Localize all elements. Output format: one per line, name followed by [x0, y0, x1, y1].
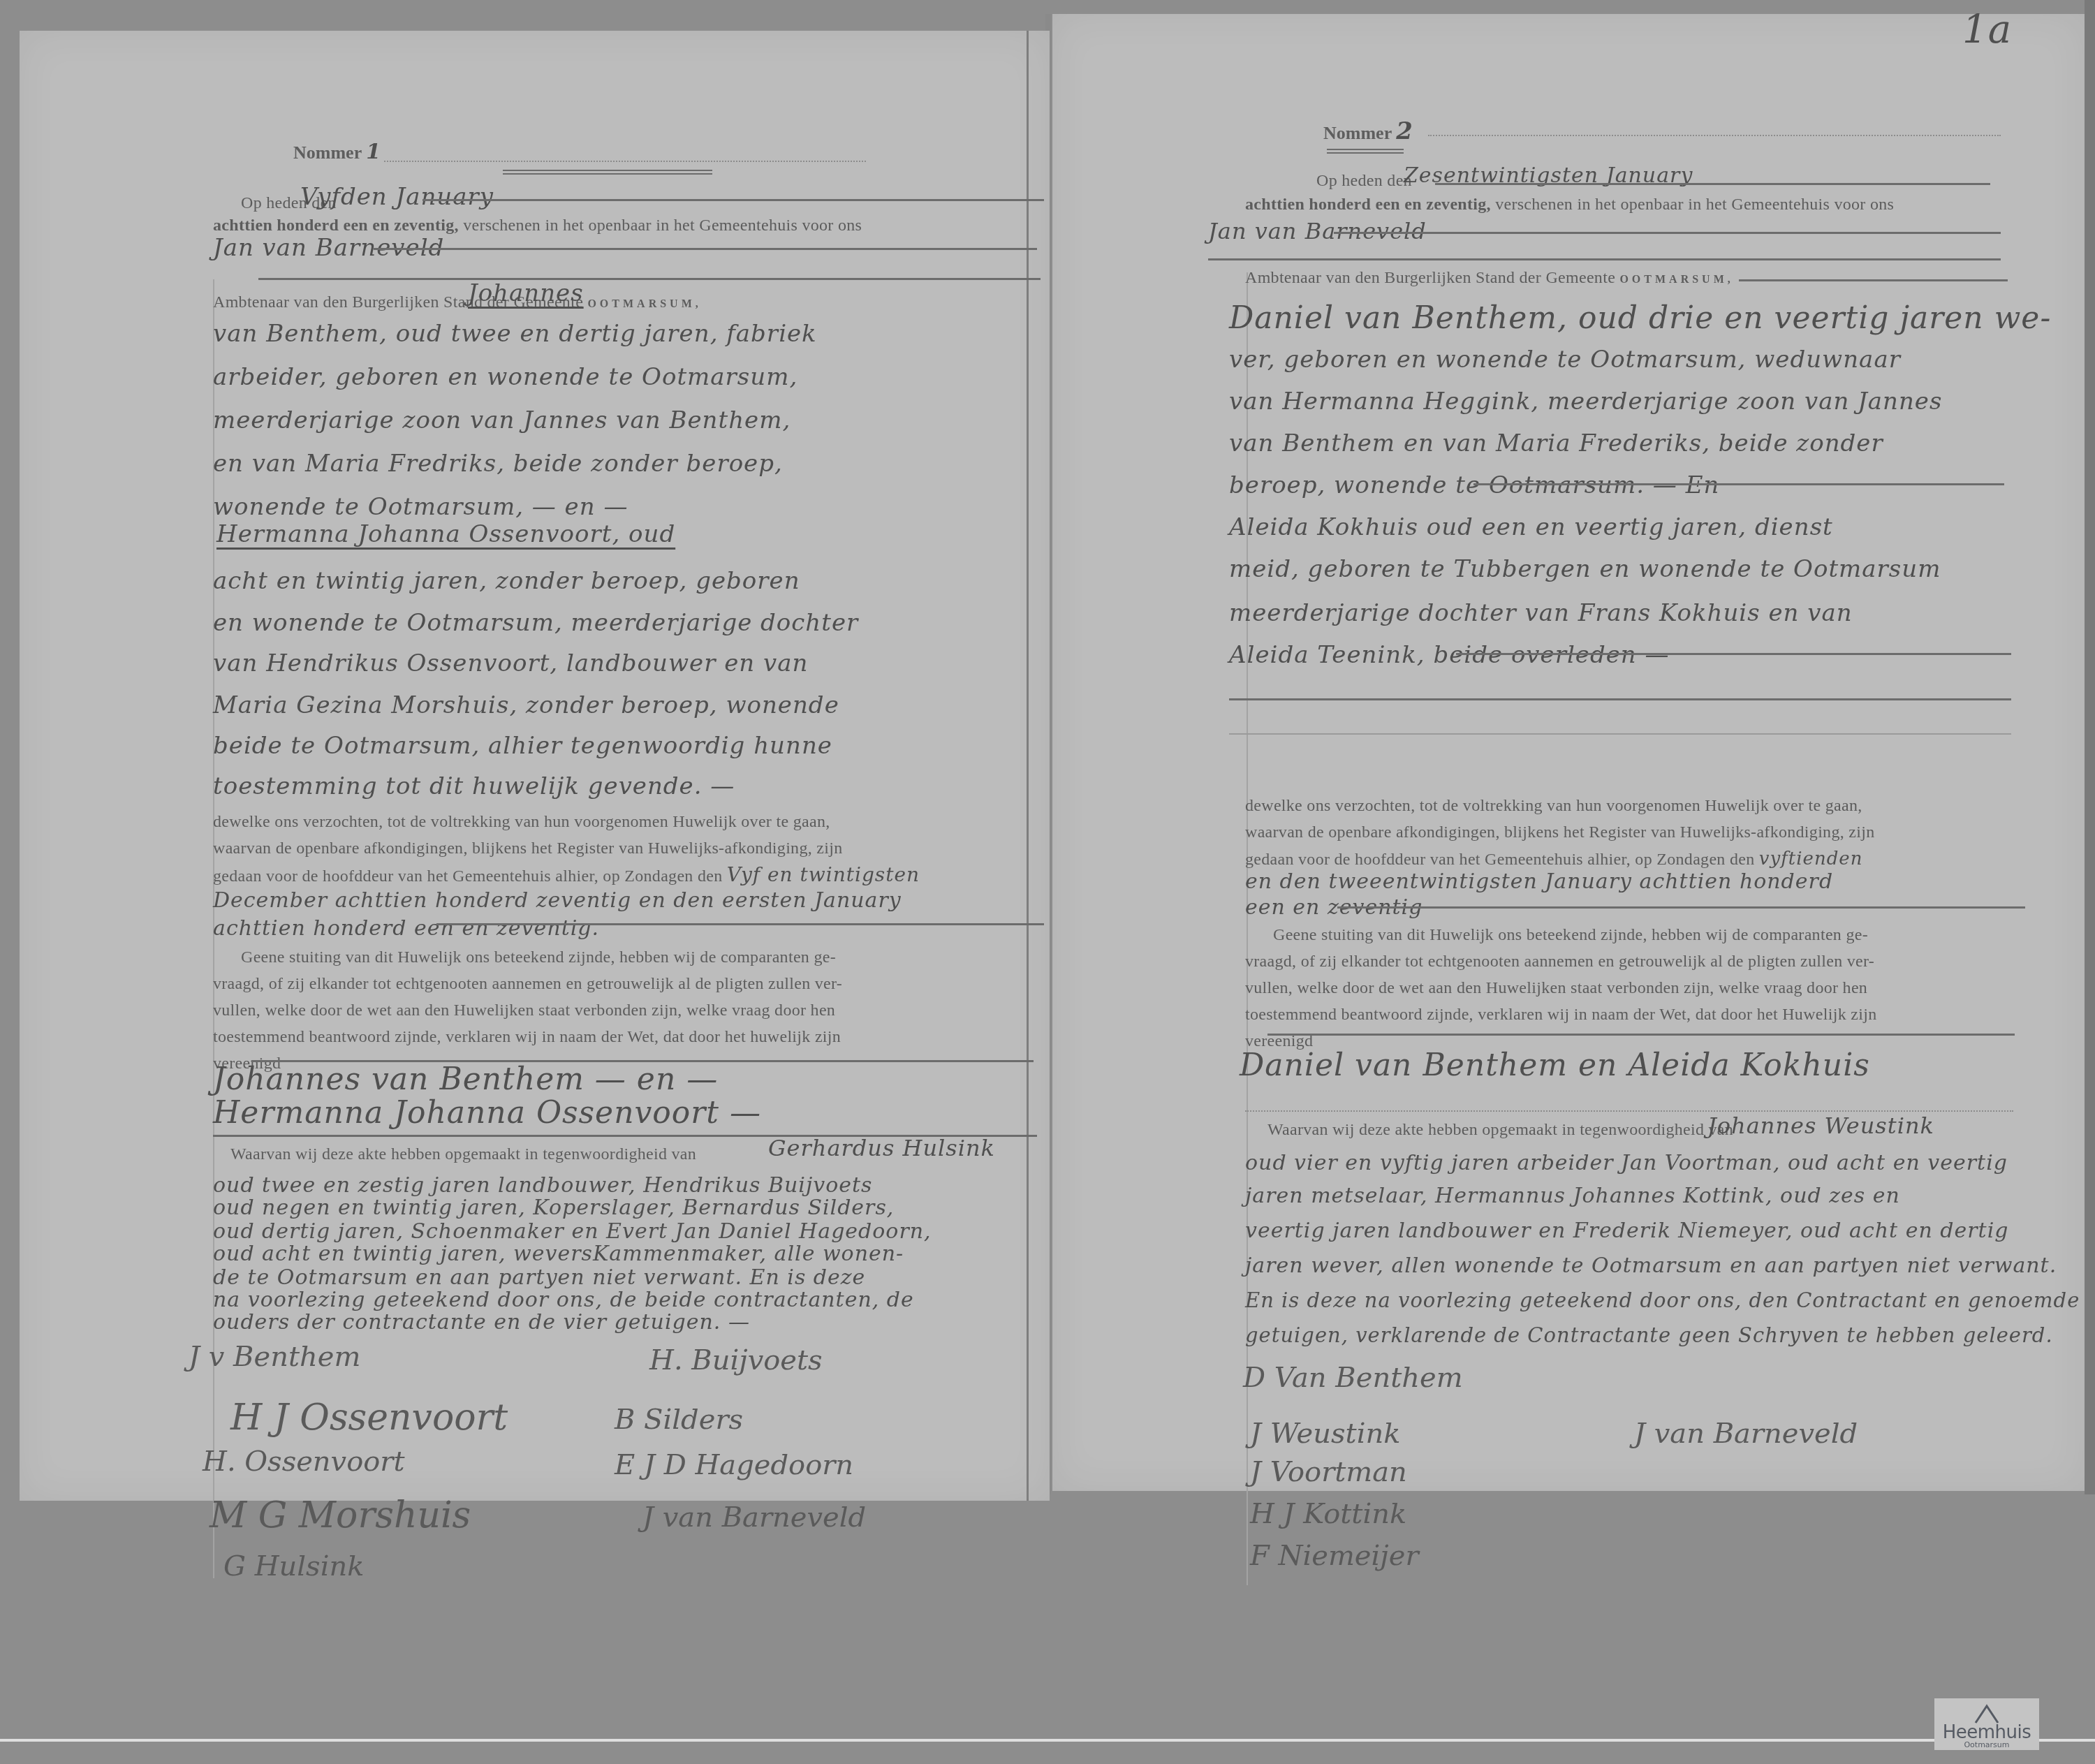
left-page-margin-rule: [1027, 31, 1029, 1501]
witness-line-4: oud acht en twintig jaren, weversKammenm…: [213, 1242, 904, 1266]
witness2-line-6: getuigen, verklarende de Contractante ge…: [1245, 1323, 2053, 1347]
official-fill-line-2: [1334, 232, 2001, 234]
date-fill-line-2: [1435, 183, 1990, 185]
header-double-rule-r: [1327, 149, 1404, 150]
body2-line-6: meid, geboren te Tubbergen en wonende te…: [1229, 555, 1941, 583]
signature-hulsink: G Hulsink: [223, 1550, 364, 1582]
witness-first: Gerhardus Hulsink: [768, 1135, 995, 1161]
official-title: Ambtenaar van den Burgerlijken Stand der…: [213, 293, 702, 312]
nommer-dotted-line-2: [1428, 135, 2001, 136]
body-line-9: van Hendrikus Ossenvoort, landbouwer en …: [213, 649, 808, 677]
proclamation-date-2: achttien honderd een en zeventig.: [213, 916, 599, 941]
body-line-11: beide te Ootmarsum, alhier tegenwoordig …: [213, 732, 832, 760]
section-rule-2: [1208, 258, 2001, 260]
body-line-4: en van Maria Fredriks, beide zonder bero…: [213, 450, 783, 478]
year-line-2: achttien honderd een en zeventig, versch…: [1245, 196, 1894, 214]
signature-official: J van Barneveld: [642, 1501, 866, 1534]
header-double-rule-2: [503, 173, 712, 175]
folio-number: 1a: [1962, 7, 2012, 52]
body2-blank-rule: [1229, 733, 2011, 735]
signature2-official: J van Barneveld: [1634, 1418, 1858, 1450]
right-page-edge: [2085, 0, 2095, 1494]
proclamation-text: dewelke ons verzochten, tot de voltrekki…: [213, 809, 1037, 890]
official-title-fill-2: [1739, 279, 2008, 281]
witness2-first: Johannes Weustink: [1707, 1112, 1934, 1139]
witness-intro: Waarvan wij deze akte hebben opgemaakt i…: [230, 1145, 696, 1164]
witness-line-6: na voorlezing geteekend door ons, de bei…: [213, 1288, 914, 1312]
signature-ossenvoort: H. Ossenvoort: [203, 1446, 405, 1478]
witness2-line-4: jaren wever, allen wonende te Ootmarsum …: [1245, 1254, 2057, 1278]
heemhuis-logo: Heemhuis Ootmarsum: [1934, 1698, 2039, 1750]
bride-name-line: Hermanna Johanna Ossenvoort, oud: [216, 520, 675, 548]
body2-line-1: ver, geboren en wonende te Ootmarsum, we…: [1229, 346, 1901, 374]
signature2-niemeijer: F Niemeijer: [1250, 1540, 1419, 1572]
record-number-label-2: Nommer 2: [1323, 117, 1413, 145]
groom-line-2: Daniel van Benthem, oud drie en veertig …: [1229, 300, 2051, 336]
witness-line-5: de te Ootmarsum en aan partyen niet verw…: [213, 1265, 865, 1290]
witness2-line-5: En is deze na voorlezing geteekend door …: [1245, 1288, 2080, 1312]
record-number-label: Nommer 1: [293, 140, 381, 164]
signature-silders: B Silders: [615, 1404, 743, 1436]
no-objection-text: Geene stuiting van dit Huwelijk ons bete…: [213, 944, 1037, 1077]
body2-line-4: beroep, wonende te Ootmarsum. — En: [1229, 471, 1719, 499]
body-line-12: toestemming tot dit huwelijk gevende. —: [213, 772, 735, 800]
signature-morshuis: M G Morshuis: [209, 1494, 471, 1536]
signature2-groom: D Van Benthem: [1243, 1362, 1463, 1394]
proclamation2-date-1: en den tweeentwintigsten January achttie…: [1245, 869, 1833, 894]
date-intro-2: Op heden den: [1316, 172, 1412, 191]
signature2-kottink: H J Kottink: [1250, 1498, 1406, 1530]
body2-line-2: van Hermanna Heggink, meerderjarige zoon…: [1229, 388, 1942, 416]
logo-subtitle: Ootmarsum: [1934, 1740, 2039, 1749]
united2-dotted: [1245, 1110, 2013, 1112]
united2-fill-line: [1267, 1034, 2015, 1036]
signature2-voortman: J Voortman: [1250, 1456, 1407, 1488]
witness2-line-2: jaren metselaar, Hermannus Johannes Kott…: [1245, 1184, 1900, 1208]
official-title-2: Ambtenaar van den Burgerlijken Stand der…: [1245, 269, 1734, 288]
united-bride: Hermanna Johanna Ossenvoort —: [213, 1095, 761, 1131]
body2-line-3: van Benthem en van Maria Frederiks, beid…: [1229, 429, 1883, 457]
nommer-dotted-line: [384, 161, 866, 162]
body-line-5: wonende te Ootmarsum, — en —: [213, 493, 628, 521]
united-groom: Johannes van Benthem — en —: [213, 1061, 718, 1097]
signature-buijvoets: H. Buijvoets: [649, 1344, 823, 1376]
signature2-weustink: J Weustink: [1250, 1418, 1400, 1450]
signature-groom: J v Benthem: [189, 1341, 360, 1373]
body-line-1: van Benthem, oud twee en dertig jaren, f…: [213, 320, 817, 348]
official-name-2: Jan van Barneveld: [1208, 218, 1427, 244]
body-line-2: arbeider, geboren en wonende te Ootmarsu…: [213, 363, 797, 391]
proclamation-fill-line: [436, 923, 1044, 925]
date-handwritten: Vyfden January: [300, 183, 494, 211]
year-line: achttien honderd een en zeventig, versch…: [213, 216, 862, 235]
witness-line-1: oud twee en zestig jaren landbouwer, Hen…: [213, 1173, 872, 1198]
signature-bride: H J Ossenvoort: [230, 1397, 508, 1439]
body2-end-rule: [1229, 698, 2011, 700]
bride-line-2: Aleida Kokhuis oud een en veertig jaren,…: [1229, 513, 1833, 541]
proclamation-date-1: December achttien honderd zeventig en de…: [213, 888, 902, 913]
united-couple-2: Daniel van Benthem en Aleida Kokhuis: [1240, 1048, 1870, 1083]
witness-line-2: oud negen en twintig jaren, Koperslager,…: [213, 1196, 894, 1220]
body2-line-8: Aleida Teenink, beide overleden —: [1229, 641, 1670, 669]
body2-fill-line-2: [1456, 653, 2011, 655]
date-fill-line: [422, 199, 1044, 201]
body-line-8: en wonende te Ootmarsum, meerderjarige d…: [213, 609, 858, 637]
body-line-10: Maria Gezina Morshuis, zonder beroep, wo…: [213, 691, 839, 719]
proclamation2-fill-line: [1337, 906, 2025, 909]
body-line-7: acht en twintig jaren, zonder beroep, ge…: [213, 567, 800, 595]
witness-line-3: oud dertig jaren, Schoenmaker en Evert J…: [213, 1219, 932, 1244]
witness-intro-2: Waarvan wij deze akte hebben opgemaakt i…: [1267, 1121, 1733, 1140]
body2-line-7: meerderjarige dochter van Frans Kokhuis …: [1229, 599, 1853, 627]
witness2-line-3: veertig jaren landbouwer en Frederik Nie…: [1245, 1219, 2008, 1243]
body-line-3: meerderjarige zoon van Jannes van Benthe…: [213, 406, 791, 434]
body2-fill-line: [1473, 483, 2004, 485]
groom-first-name: Johannes: [468, 279, 584, 307]
header-double-rule-r2: [1327, 152, 1404, 154]
witness2-line-1: oud vier en vyftig jaren arbeider Jan Vo…: [1245, 1151, 2008, 1175]
signature-hagedoorn: E J D Hagedoorn: [615, 1449, 853, 1481]
proclamation-text-2: dewelke ons verzochten, tot de voltrekki…: [1245, 793, 2027, 873]
scan-edge-strip: [0, 1739, 2095, 1742]
header-double-rule: [503, 170, 712, 171]
witness-line-7: ouders der contractante en de vier getui…: [213, 1310, 750, 1335]
section-rule: [258, 278, 1041, 280]
official-fill-line: [374, 248, 1037, 250]
